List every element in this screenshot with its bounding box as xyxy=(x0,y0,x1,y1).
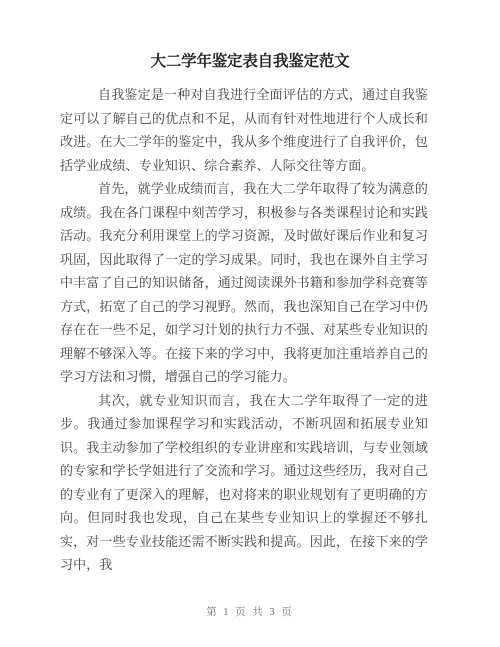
document-page: 大二学年鉴定表自我鉴定范文 自我鉴定是一种对自我进行全面评估的方式，通过自我鉴定… xyxy=(0,0,500,647)
paragraph-professional-knowledge: 其次，就专业知识而言，我在大二学年取得了一定的进步。我通过参加课程学习和实践活动… xyxy=(60,389,428,577)
page-number: 第 1 页 共 3 页 xyxy=(0,604,500,619)
paragraph-intro: 自我鉴定是一种对自我进行全面评估的方式，通过自我鉴定可以了解自己的优点和不足，从… xyxy=(60,83,428,177)
document-title: 大二学年鉴定表自我鉴定范文 xyxy=(0,49,500,71)
document-body: 自我鉴定是一种对自我进行全面评估的方式，通过自我鉴定可以了解自己的优点和不足，从… xyxy=(60,83,428,577)
paragraph-academic-performance: 首先，就学业成绩而言，我在大二学年取得了较为满意的成绩。我在各门课程中刻苦学习，… xyxy=(60,177,428,389)
